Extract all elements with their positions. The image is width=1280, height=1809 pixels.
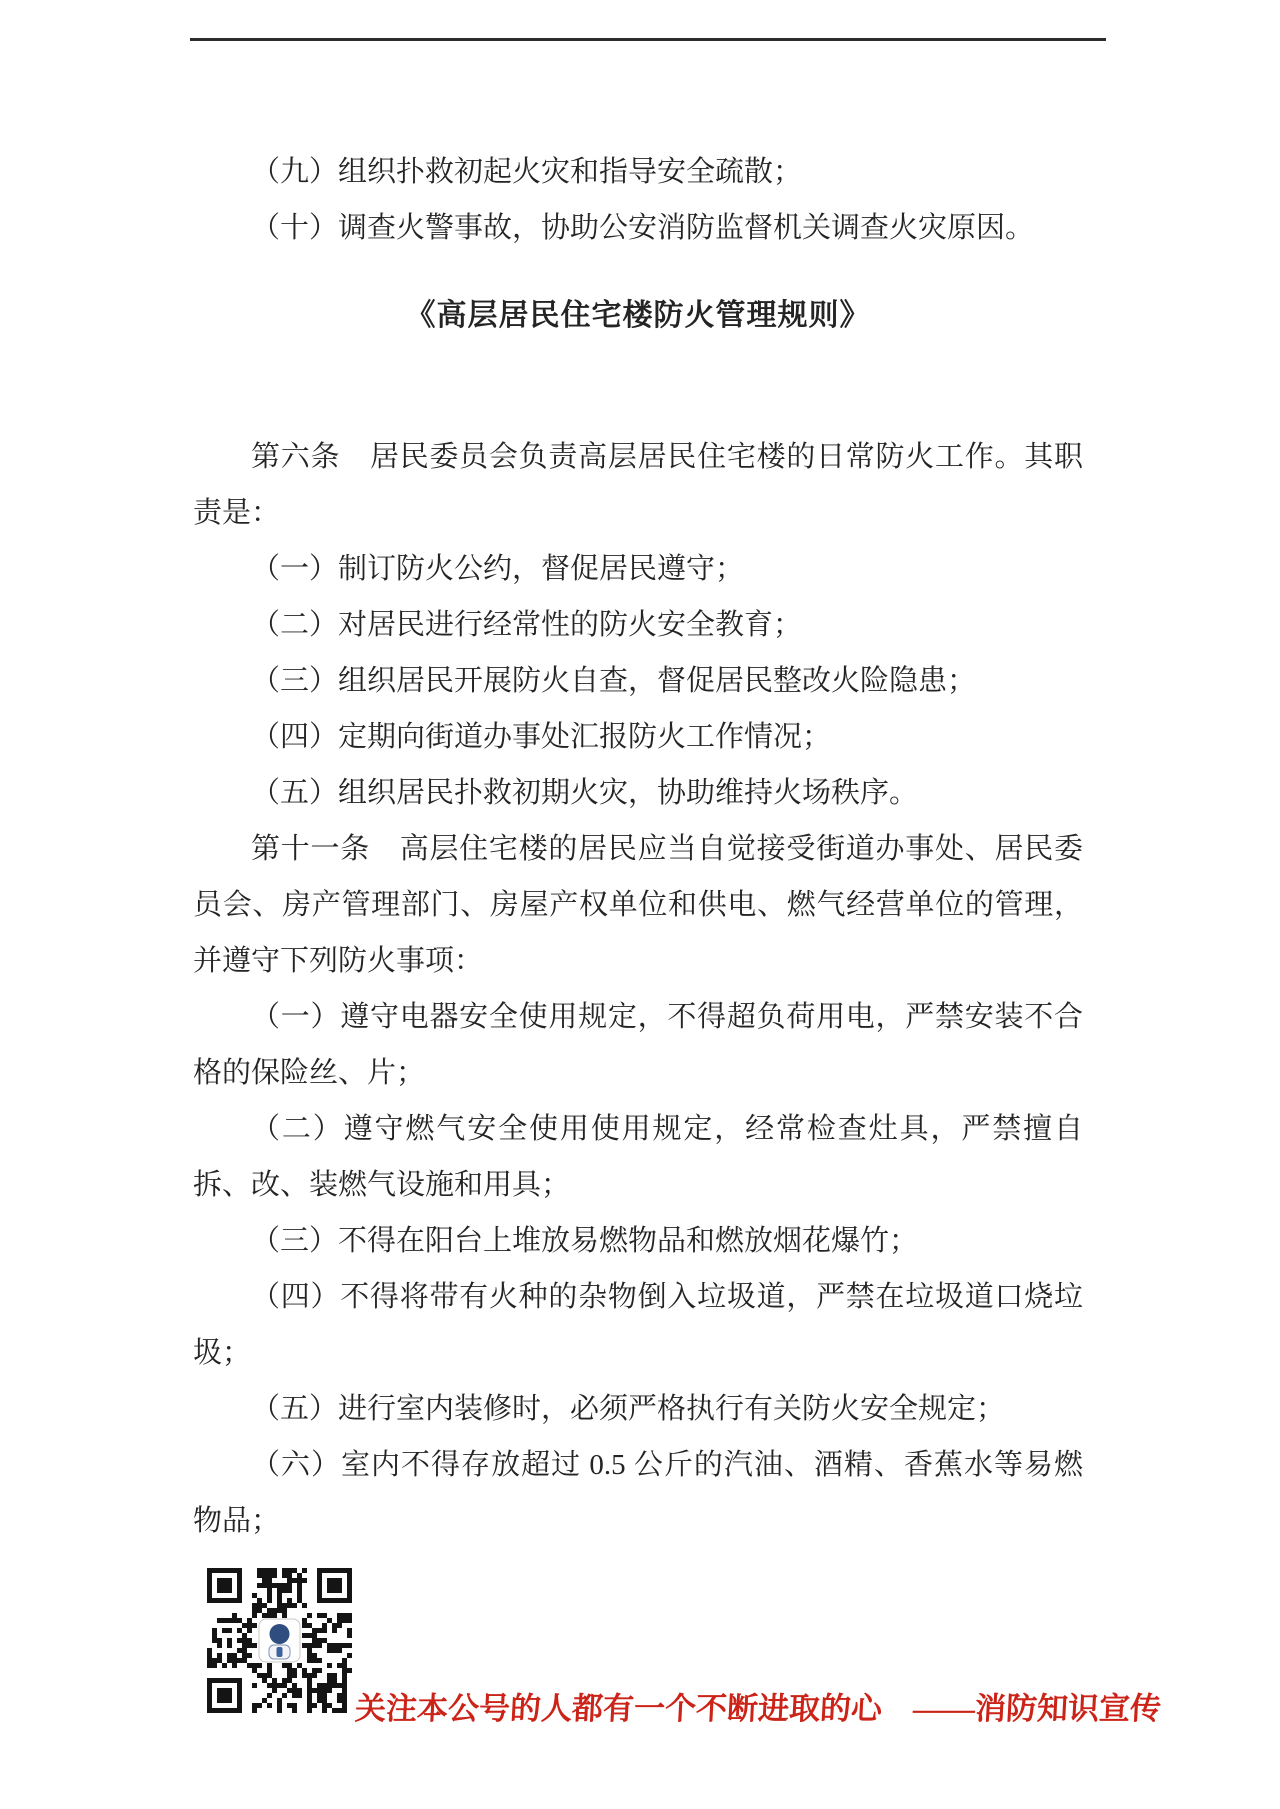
article-body: （九）组织扑救初起火灾和指导安全疏散；（十）调查火警事故，协助公安消防监督机关调… [193, 144, 1083, 1549]
paragraph: （三）不得在阳台上堆放易燃物品和燃放烟花爆竹； [193, 1213, 1083, 1269]
paragraph: （九）组织扑救初起火灾和指导安全疏散； [193, 144, 1083, 200]
paragraph: 第六条 居民委员会负责高层居民住宅楼的日常防火工作。其职责是： [193, 429, 1083, 541]
footer-slogan: 关注本公号的人都有一个不断进取的心 ——消防知识宣传 [354, 1690, 1162, 1728]
paragraph: （五）进行室内装修时，必须严格执行有关防火安全规定； [193, 1381, 1083, 1437]
paragraph: （四）不得将带有火种的杂物倒入垃圾道，严禁在垃圾道口烧垃圾； [193, 1269, 1083, 1381]
paragraph: （三）组织居民开展防火自查，督促居民整改火险隐患； [193, 653, 1083, 709]
paragraph: （一）制订防火公约，督促居民遵守； [193, 541, 1083, 597]
qr-code [207, 1568, 352, 1713]
footer: 关注本公号的人都有一个不断进取的心 ——消防知识宣传 [207, 1568, 1107, 1778]
paragraph: 第十一条 高层住宅楼的居民应当自觉接受街道办事处、居民委员会、房产管理部门、房屋… [193, 821, 1083, 989]
paragraph: （五）组织居民扑救初期火灾，协助维持火场秩序。 [193, 765, 1083, 821]
header-divider [190, 38, 1106, 41]
paragraph: （一）遵守电器安全使用规定，不得超负荷用电，严禁安装不合格的保险丝、片； [193, 989, 1083, 1101]
paragraph: （二）遵守燃气安全使用使用规定，经常检查灶具，严禁擅自拆、改、装燃气设施和用具； [193, 1101, 1083, 1213]
paragraph: （十）调查火警事故，协助公安消防监督机关调查火灾原因。 [193, 200, 1083, 256]
paragraph: （六）室内不得存放超过 0.5 公斤的汽油、酒精、香蕉水等易燃物品； [193, 1437, 1083, 1549]
document-title: 《高层居民住宅楼防火管理规则》 [193, 288, 1083, 344]
paragraph: （四）定期向街道办事处汇报防火工作情况； [193, 709, 1083, 765]
document-page: （九）组织扑救初起火灾和指导安全疏散；（十）调查火警事故，协助公安消防监督机关调… [0, 0, 1280, 1809]
paragraph: （二）对居民进行经常性的防火安全教育； [193, 597, 1083, 653]
